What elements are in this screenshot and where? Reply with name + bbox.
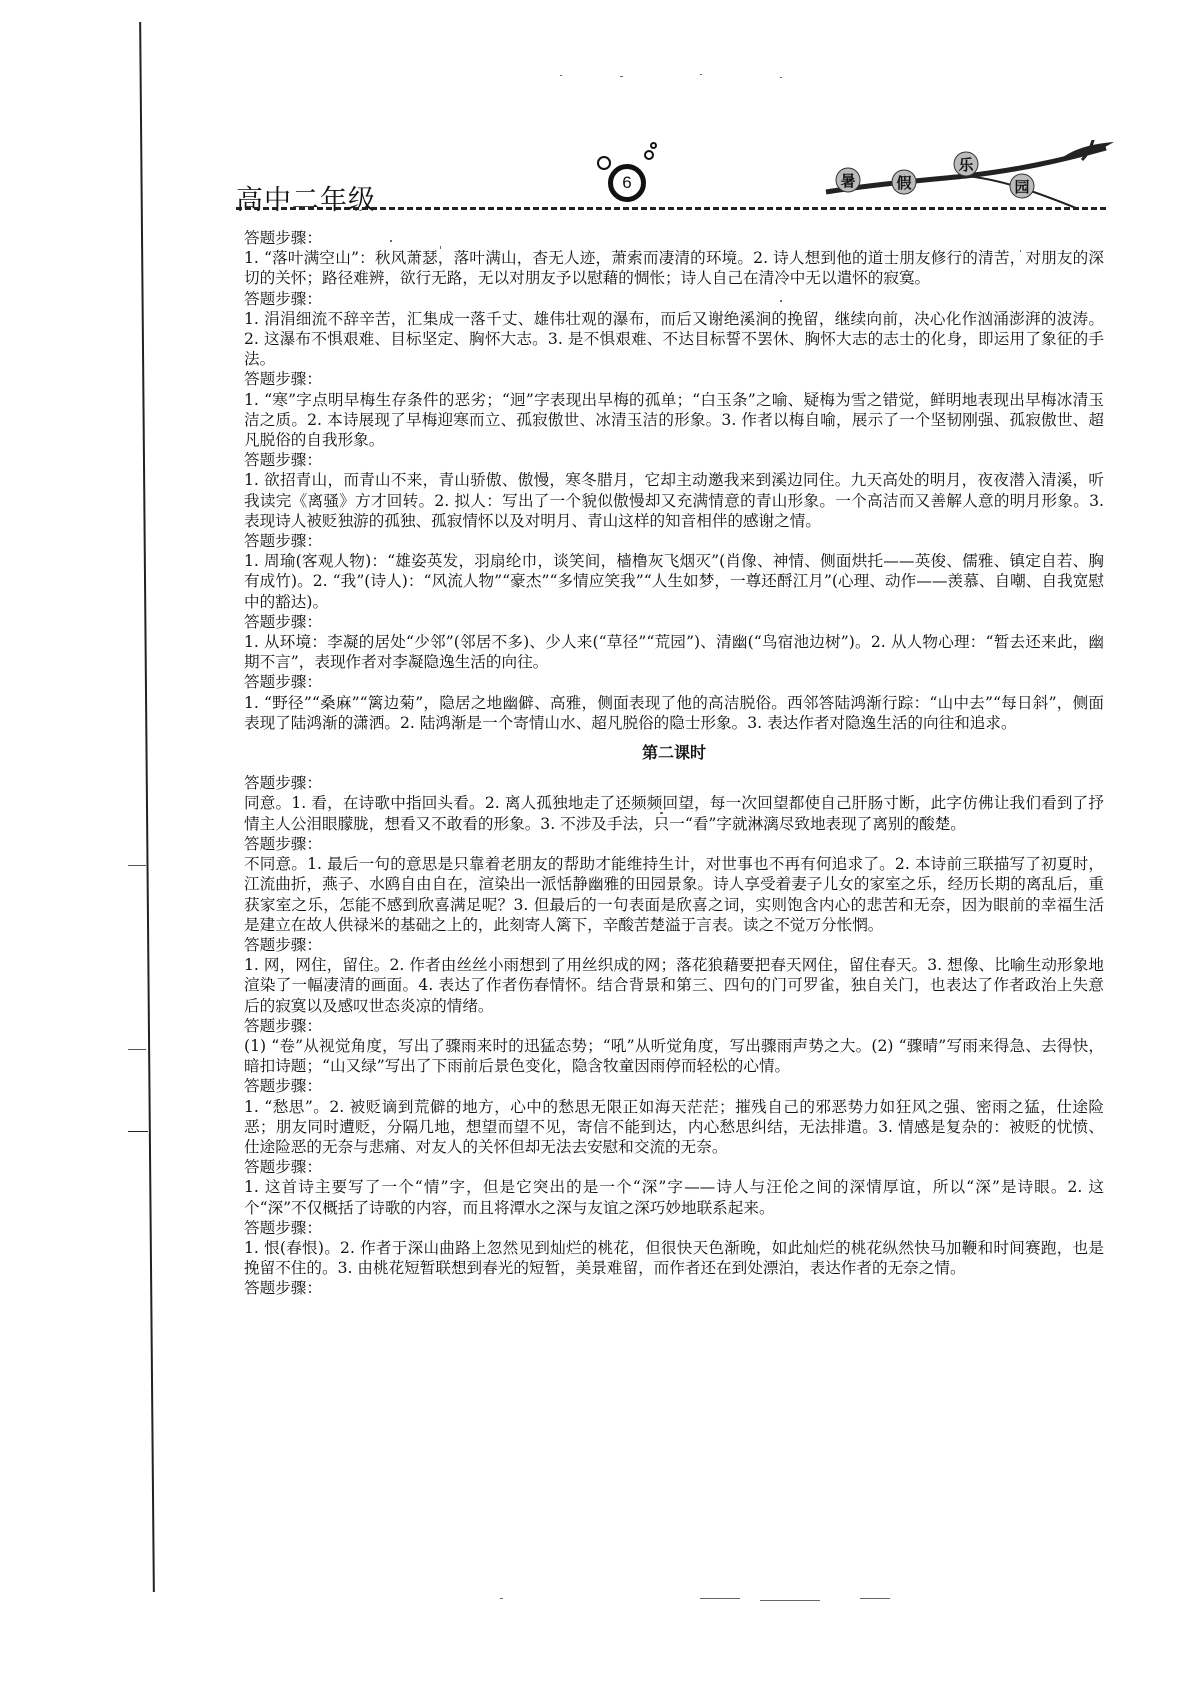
page-number: 6	[622, 173, 631, 193]
answer-text: 1. “野径”“桑麻”“篱边菊”，隐居之地幽僻、高雅，侧面表现了他的高洁脱俗。西…	[244, 693, 1104, 733]
step-label: 答题步骤：	[244, 612, 1104, 632]
grade-title: 高中二年级	[236, 178, 376, 217]
answer-text: 1. 周瑜(客观人物)：“雄姿英发，羽扇纶巾，谈笑间，樯橹灰飞烟灭”(肖像、神情…	[244, 551, 1104, 612]
step-label: 答题步骤：	[244, 289, 1104, 309]
step-label: 答题步骤：	[244, 1157, 1104, 1177]
step-label: 答题步骤：	[244, 531, 1104, 551]
answer-text: 1. 这首诗主要写了一个“情”字，但是它突出的是一个“深”字——诗人与汪伦之间的…	[244, 1177, 1104, 1217]
banner-char: 假	[896, 174, 911, 192]
page-number-badge: 6	[608, 164, 646, 202]
banner-char: 乐	[958, 156, 974, 174]
step-label: 答题步骤：	[244, 935, 1104, 955]
step-label: 答题步骤：	[244, 450, 1104, 470]
section-title: 第二课时	[244, 743, 1104, 763]
summer-holiday-banner-icon: 暑 假 乐 园	[816, 140, 1116, 210]
answer-text: 1. 网，网住，留住。2. 作者由丝丝小雨想到了用丝织成的网；落花狼藉要把春天网…	[244, 955, 1104, 1016]
bubble-icon	[644, 150, 654, 160]
step-label: 答题步骤：	[244, 369, 1104, 389]
answer-text: 同意。1. 看，在诗歌中指回头看。2. 离人孤独地走了还频频回望，每一次回望都使…	[244, 793, 1104, 833]
answer-text: 1. “愁思”。2. 被贬谪到荒僻的地方，心中的愁思无限正如海天茫茫；摧残自己的…	[244, 1097, 1104, 1158]
answer-text: 1. 从环境：李凝的居处“少邻”(邻居不多)、少人来(“草径”“荒园”)、清幽(…	[244, 632, 1104, 672]
margin-tick	[128, 1131, 148, 1132]
page-header: 高中二年级 6 暑 假 乐 园	[236, 140, 1106, 210]
answer-text: (1) “卷”从视觉角度，写出了骤雨来时的迅猛态势；“吼”从听觉角度，写出骤雨声…	[244, 1036, 1104, 1076]
bubble-icon	[597, 156, 611, 170]
answer-text: 1. “寒”字点明早梅生存条件的恶劣；“迥”字表现出早梅的孤单；“白玉条”之喻、…	[244, 390, 1104, 451]
banner-char: 园	[1014, 178, 1029, 196]
answer-content: 答题步骤： 1. “落叶满空山”：秋风萧瑟，落叶满山，杳无人迹，萧索而凄清的环境…	[244, 228, 1104, 1299]
answer-text: 不同意。1. 最后一句的意思是只靠着老朋友的帮助才能维持生计，对世事也不再有何追…	[244, 854, 1104, 935]
margin-tick	[128, 865, 146, 866]
step-label: 答题步骤：	[244, 1278, 1104, 1298]
answer-text: 1. 涓涓细流不辞辛苦，汇集成一落千丈、雄伟壮观的瀑布，而后又谢绝溪涧的挽留，继…	[244, 309, 1104, 370]
bubble-icon	[650, 142, 657, 149]
step-label: 答题步骤：	[244, 1076, 1104, 1096]
header-divider	[236, 207, 1106, 210]
step-label: 答题步骤：	[244, 834, 1104, 854]
step-label: 答题步骤：	[244, 1218, 1104, 1238]
step-label: 答题步骤：	[244, 773, 1104, 793]
banner-char: 暑	[840, 172, 855, 190]
step-label: 答题步骤：	[244, 1016, 1104, 1036]
page-binding-line	[139, 22, 155, 1592]
answer-text: 1. 恨(春恨)。2. 作者于深山曲路上忽然见到灿烂的桃花，但很快天色渐晚，如此…	[244, 1238, 1104, 1278]
step-label: 答题步骤：	[244, 228, 1104, 248]
step-label: 答题步骤：	[244, 672, 1104, 692]
margin-tick	[128, 1049, 146, 1050]
answer-text: 1. 欲招青山，而青山不来，青山骄傲、傲慢，寒冬腊月，它却主动邀我来到溪边同住。…	[244, 470, 1104, 531]
answer-text: 1. “落叶满空山”：秋风萧瑟，落叶满山，杳无人迹，萧索而凄清的环境。2. 诗人…	[244, 248, 1104, 288]
